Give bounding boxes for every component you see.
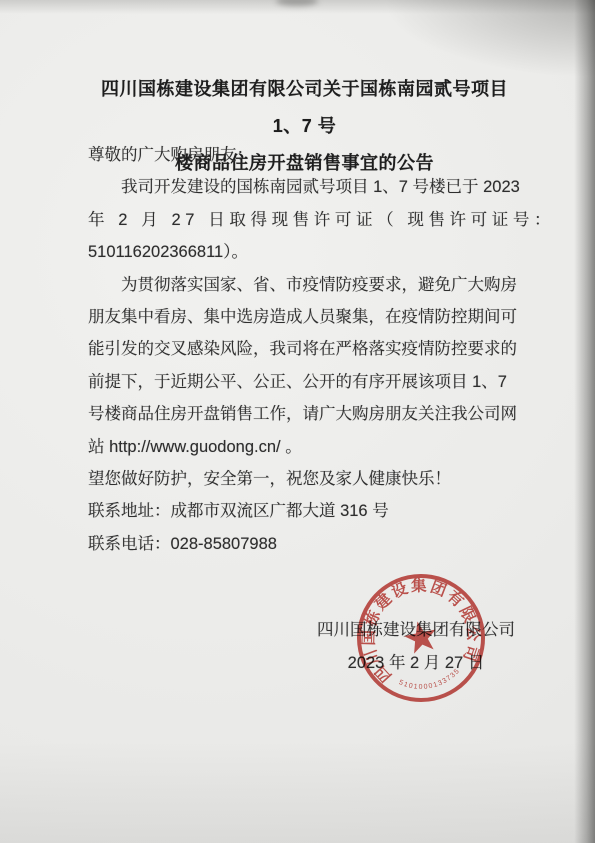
announcement-body: 尊敬的广大购房朋友： 我司开发建设的国栋南园贰号项目 1、7 号楼已于 2023…: [88, 139, 521, 560]
title-line-1: 四川国栋建设集团有限公司关于国栋南园贰号项目 1、7 号: [88, 71, 521, 145]
body-line: 前提下，于近期公平、公正、公开的有序开展该项目 1、7: [88, 366, 521, 398]
body-line: 我司开发建设的国栋南园贰号项目 1、7 号楼已于 2023: [88, 171, 521, 203]
body-line: 号楼商品住房开盘销售工作，请广大购房朋友关注我公司网: [88, 398, 521, 430]
body-line: 能引发的交叉感染风险，我司将在严格落实疫情防控要求的: [88, 333, 521, 365]
wishes-line: 望您做好防护，安全第一，祝您及家人健康快乐！: [88, 463, 521, 495]
contact-phone-line: 联系电话：028-85807988: [88, 528, 521, 560]
document-page: 四川国栋建设集团有限公司关于国栋南园贰号项目 1、7 号 楼商品住房开盘销售事宜…: [0, 0, 595, 843]
contact-address-line: 联系地址：成都市双流区广都大道 316 号: [88, 495, 521, 527]
company-seal: 四川国栋建设集团有限公司 5101000133735: [341, 558, 501, 718]
paper-smudge: [276, 0, 318, 6]
star-icon: [402, 618, 440, 655]
salutation-line: 尊敬的广大购房朋友：: [88, 139, 521, 171]
body-line: 年 2 月 27 日取得现售许可证（ 现售许可证号：: [88, 204, 521, 236]
body-line: 朋友集中看房、集中选房造成人员聚集，在疫情防控期间可: [88, 301, 521, 333]
website-line: 站 http://www.guodong.cn/ 。: [88, 431, 521, 463]
permit-number-line: 510116202366811）。: [88, 236, 521, 268]
body-line: 为贯彻落实国家、省、市疫情防疫要求，避免广大购房: [88, 269, 521, 301]
